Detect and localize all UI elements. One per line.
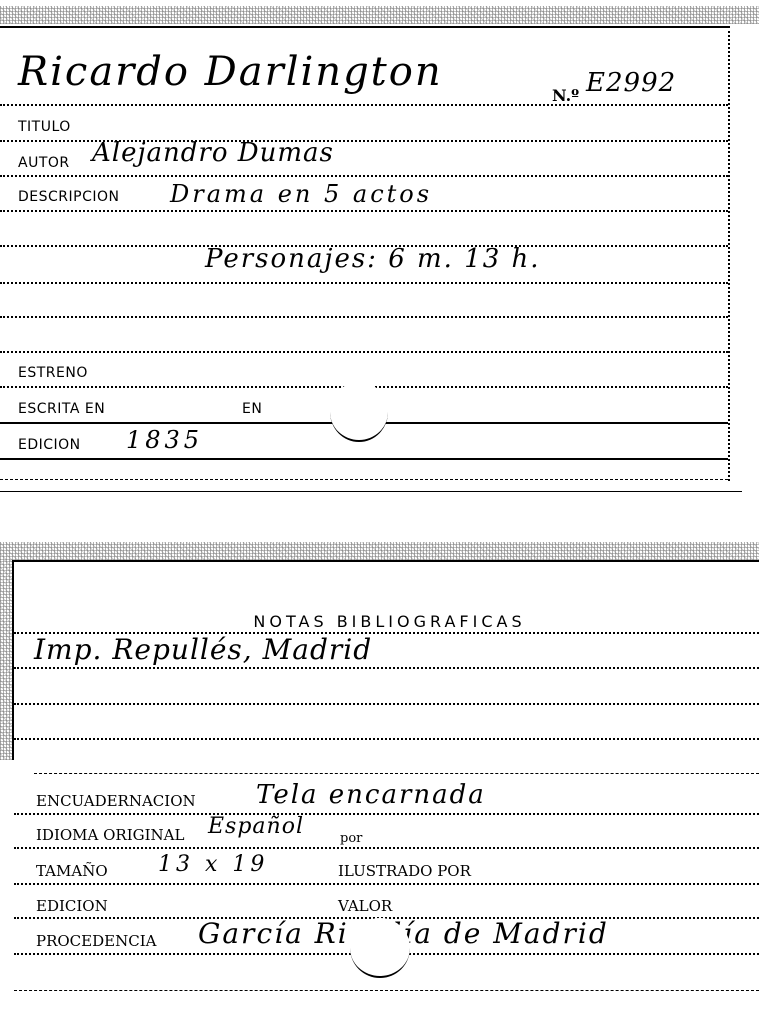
ruled-line [0,210,728,212]
field-value-idioma-original: Español [208,816,304,838]
ruled-line [34,773,759,774]
ruled-line [14,883,759,885]
scan-edge-texture [0,6,759,24]
ruled-line [0,316,728,318]
field-label-encuadernacion: ENCUADERNACION [36,794,196,809]
ruled-line [14,813,759,815]
redaction-blot [330,382,388,442]
field-label-titulo: TITULO [18,120,71,134]
field-label-estreno: ESTRENO [18,366,88,380]
field-label-edicion: EDICION [18,438,81,452]
ruled-line [14,847,759,849]
card-border-top [0,26,730,28]
field-label-escrita-en: ESCRITA EN [18,402,105,416]
ruled-line [0,175,728,177]
field-label-idioma-original: IDIOMA ORIGINAL [36,828,184,843]
card-border-right [726,26,730,481]
number-value: E2992 [586,70,676,96]
card-border-left [12,560,16,760]
ruled-line [14,703,759,705]
field-label-por: por [340,832,362,845]
field-label-procedencia: PROCEDENCIA [36,934,156,949]
ruled-line [0,282,728,284]
field-label-ilustrado-por: ILUSTRADO POR [338,864,471,879]
ruled-line [0,458,728,460]
ruled-line [0,351,728,353]
redaction-blot [350,918,410,978]
notes-heading: NOTAS BIBLIOGRAFICAS [0,612,759,631]
field-value-edicion: 1835 [126,428,203,452]
scan-edge-texture [0,560,12,760]
scan-edge-texture [0,542,759,560]
field-label-autor: AUTOR [18,156,70,170]
notes-value: Imp. Repullés, Madrid [34,636,372,664]
field-value-descripcion: Drama en 5 actos [170,182,432,206]
card-border-top [12,560,759,562]
card-title-handwritten: Ricardo Darlington [18,52,443,92]
ruled-line [14,738,759,740]
field-value-autor: Alejandro Dumas [92,140,334,166]
ruled-line [14,990,759,991]
card-edge [0,491,742,492]
ruled-line [0,479,728,480]
field-label-tamano: TAMAÑO [36,864,108,879]
field-value-tamano: 13 x 19 [158,854,268,876]
field-value-encuadernacion: Tela encarnada [256,782,486,808]
number-label: N.º [552,86,579,105]
field-value-personajes: Personajes: 6 m. 13 h. [205,246,541,272]
field-label-en: EN [242,402,262,416]
field-label-valor: VALOR [338,899,392,914]
field-label-descripcion: DESCRIPCION [18,190,119,204]
ruled-line [0,104,728,106]
ruled-line [14,667,759,669]
field-label-edicion: EDICION [36,899,108,914]
